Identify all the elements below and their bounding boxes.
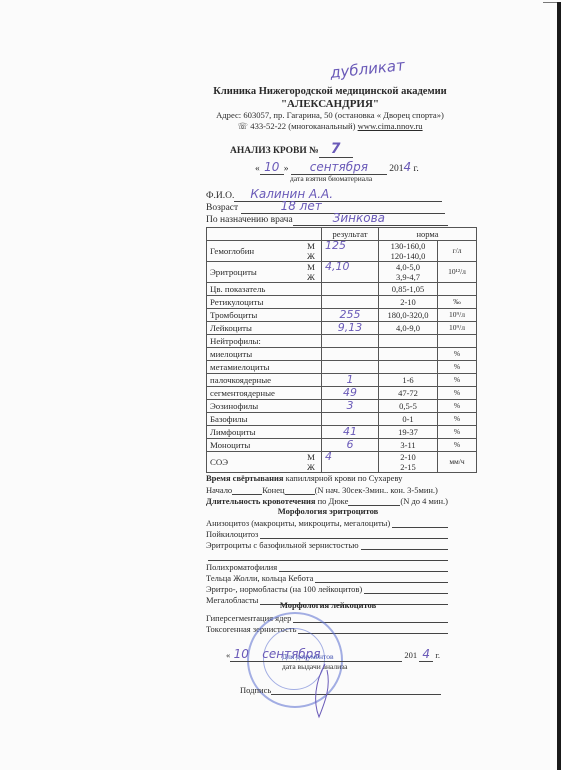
norm-f: 2-15 xyxy=(382,462,434,472)
sex-m: М xyxy=(304,452,318,462)
norm-m: 4,0-5,0 xyxy=(382,262,434,272)
row-norm xyxy=(379,348,438,361)
row-unit: 10¹²/л xyxy=(438,262,477,283)
row-norm: 0-1 xyxy=(379,413,438,426)
row-result xyxy=(322,413,379,426)
morphology-label: Эритро-, нормобласты (на 100 лейкоцитов) xyxy=(206,584,362,594)
row-norm: 47-72 xyxy=(379,387,438,400)
sample-date: «10» сентября 2014 г. xyxy=(255,160,419,175)
row-result: 3 xyxy=(322,400,379,413)
row-result: 4,10 xyxy=(322,262,379,283)
table-row: ГемоглобинМЖ125130-160,0120-140,0г/л xyxy=(207,241,477,262)
row-result: 41 xyxy=(322,426,379,439)
morphology-label: Полихроматофилия xyxy=(206,562,277,572)
table-row: сегментоядерные4947-72% xyxy=(207,387,477,400)
row-unit: % xyxy=(438,387,477,400)
doctor-value: Зинкова xyxy=(333,211,385,225)
row-unit: % xyxy=(438,374,477,387)
patient-doctor: По назначению врачаЗинкова xyxy=(206,211,448,226)
morphology-label: Анизоцитоз (макроциты, микроциты, мегало… xyxy=(206,518,390,528)
row-unit: мм/ч xyxy=(438,452,477,473)
morphology-field xyxy=(279,562,448,572)
row-name: Нейтрофилы: xyxy=(207,335,322,348)
morphology-field xyxy=(208,551,448,561)
row-unit xyxy=(438,283,477,296)
table-row: Лейкоциты9,134,0-9,010⁹/л xyxy=(207,322,477,335)
issue-day: 10 xyxy=(230,647,252,662)
table-row: миелоциты% xyxy=(207,348,477,361)
row-name: Эритроциты xyxy=(207,262,302,283)
morphology-item xyxy=(206,550,448,561)
row-unit: 10⁹/л xyxy=(438,322,477,335)
row-norm: 180,0-320,0 xyxy=(379,309,438,322)
table-row: Ретикулоциты2-10‰ xyxy=(207,296,477,309)
norm-m: 130-160,0 xyxy=(382,241,434,251)
row-result: 255 xyxy=(322,309,379,322)
row-name: Лейкоциты xyxy=(207,322,322,335)
row-unit: 10⁹/л xyxy=(438,309,477,322)
erythrocyte-morphology-list: Анизоцитоз (макроциты, микроциты, мегало… xyxy=(206,517,448,605)
norm-f: 120-140,0 xyxy=(382,251,434,261)
row-result xyxy=(322,283,379,296)
row-norm: 3-11 xyxy=(379,439,438,452)
row-result: 9,13 xyxy=(322,322,379,335)
issue-year-field: 4 xyxy=(419,647,433,662)
row-name: Гемоглобин xyxy=(207,241,302,262)
header-blank xyxy=(207,228,322,241)
duplicate-signature: дубликат xyxy=(329,56,405,82)
signature-label: Подпись xyxy=(240,685,271,695)
row-result xyxy=(322,296,379,309)
sample-year-suffix: 4 xyxy=(404,160,412,174)
row-unit: % xyxy=(438,361,477,374)
row-norm: 2-102-15 xyxy=(379,452,438,473)
clinic-contacts: ☏ 433-52-22 (многоканальный) www.cima.nn… xyxy=(195,121,465,132)
sex-f: Ж xyxy=(304,462,318,472)
coagulation-title-rest: капиллярной крови по Сухареву xyxy=(286,473,403,483)
row-norm: 0,85-1,05 xyxy=(379,283,438,296)
row-norm: 130-160,0120-140,0 xyxy=(379,241,438,262)
morphology-field xyxy=(361,540,448,550)
erythrocyte-morphology-title: Морфология эритроцитов xyxy=(206,506,450,516)
row-unit xyxy=(438,335,477,348)
sex-labels: МЖ xyxy=(301,452,322,473)
clinic-brand: "АЛЕКСАНДРИЯ" xyxy=(200,98,460,110)
row-result xyxy=(322,348,379,361)
morphology-label: Пойкилоцитоз xyxy=(206,529,258,539)
table-row: Нейтрофилы: xyxy=(207,335,477,348)
end-label: Конец xyxy=(262,485,284,495)
morphology-field xyxy=(260,529,448,539)
row-result xyxy=(322,361,379,374)
sex-m: М xyxy=(304,262,318,272)
row-name: метамиелоциты xyxy=(207,361,322,374)
clinic-address: Адрес: 603057, пр. Гагарина, 50 (останов… xyxy=(195,110,465,120)
row-name: Эозинофилы xyxy=(207,400,322,413)
row-name: Тромбоциты xyxy=(207,309,322,322)
row-name: СОЭ xyxy=(207,452,302,473)
doctor-field: Зинкова xyxy=(293,211,448,226)
row-name: Лимфоциты xyxy=(207,426,322,439)
sex-m: М xyxy=(304,241,318,251)
morphology-item: Эритро-, нормобласты (на 100 лейкоцитов) xyxy=(206,583,448,594)
row-name: Ретикулоциты xyxy=(207,296,322,309)
sample-month-value: сентября xyxy=(310,160,368,174)
row-unit: ‰ xyxy=(438,296,477,309)
bleeding-field xyxy=(348,495,400,506)
row-norm xyxy=(379,361,438,374)
start-label: Начало xyxy=(206,485,232,495)
bleeding-label: Длительность кровотечения xyxy=(206,496,315,506)
sample-day-value: 10 xyxy=(264,160,279,174)
bleeding-duration: Длительность кровотечения по Дюке(N до 4… xyxy=(206,495,448,506)
morphology-item: Полихроматофилия xyxy=(206,561,448,572)
stamp-text: Для документов xyxy=(282,652,334,661)
morphology-field xyxy=(315,573,448,583)
issue-year-end: г. xyxy=(435,650,440,660)
morphology-item: Пойкилоцитоз xyxy=(206,528,448,539)
row-norm: 4,0-5,03,9-4,7 xyxy=(379,262,438,283)
row-name: Базофилы xyxy=(207,413,322,426)
row-norm: 4,0-9,0 xyxy=(379,322,438,335)
table-row: СОЭМЖ42-102-15мм/ч xyxy=(207,452,477,473)
doctor-label: По назначению врача xyxy=(206,215,293,225)
coagulation-title-bold: Время свёртывания xyxy=(206,473,283,483)
page-title: АНАЛИЗ КРОВИ №7 xyxy=(230,141,353,158)
table-row: Цв. показатель0,85-1,05 xyxy=(207,283,477,296)
bleeding-method: по Дюке xyxy=(318,496,349,506)
results-table: результатнормаГемоглобинМЖ125130-160,012… xyxy=(206,227,477,473)
coagulation-times: НачалоКонец(N нач. 30сек-3мин.. кон. 3-5… xyxy=(206,484,438,495)
norm-f: 3,9-4,7 xyxy=(382,272,434,282)
phone: ☏ 433-52-22 (многоканальный) xyxy=(237,121,355,131)
sex-f: Ж xyxy=(304,251,318,261)
row-unit: г/л xyxy=(438,241,477,262)
table-row: метамиелоциты% xyxy=(207,361,477,374)
table-row: Лимфоциты4119-37% xyxy=(207,426,477,439)
row-name: палочкоядерные xyxy=(207,374,322,387)
morphology-field xyxy=(364,584,448,594)
analysis-number: 7 xyxy=(319,141,353,158)
row-result: 125 xyxy=(322,241,379,262)
sex-labels: МЖ xyxy=(301,262,322,283)
row-unit: % xyxy=(438,400,477,413)
table-row: ЭритроцитыМЖ4,104,0-5,03,9-4,710¹²/л xyxy=(207,262,477,283)
table-row: Эозинофилы30,5-5% xyxy=(207,400,477,413)
row-name: сегментоядерные xyxy=(207,387,322,400)
row-name: Цв. показатель xyxy=(207,283,322,296)
coagulation-norm: (N нач. 30сек-3мин.. кон. 3-5мин.) xyxy=(315,485,438,495)
row-name: Моноциты xyxy=(207,439,322,452)
row-result: 49 xyxy=(322,387,379,400)
morphology-item: Анизоцитоз (макроциты, микроциты, мегало… xyxy=(206,517,448,528)
title-label: АНАЛИЗ КРОВИ № xyxy=(230,146,319,156)
table-row: Моноциты63-11% xyxy=(207,439,477,452)
row-result: 1 xyxy=(322,374,379,387)
leukocyte-morphology-title: Морфология лейкоцитов xyxy=(206,600,450,610)
row-unit: % xyxy=(438,413,477,426)
end-field xyxy=(285,484,315,495)
page-edge-top xyxy=(543,2,557,3)
sample-year-prefix: 201 xyxy=(389,164,403,174)
start-field xyxy=(232,484,262,495)
issue-day-value: 10 xyxy=(234,647,249,661)
page-edge xyxy=(557,2,561,770)
row-unit: % xyxy=(438,426,477,439)
issue-year-prefix: 201 xyxy=(404,650,417,660)
row-result xyxy=(322,335,379,348)
bleeding-norm: (N до 4 мин.) xyxy=(400,496,448,506)
signature-scribble-icon xyxy=(305,662,345,722)
coagulation-title: Время свёртывания капиллярной крови по С… xyxy=(206,473,402,483)
sample-day: 10 xyxy=(260,160,284,175)
row-norm: 0,5-5 xyxy=(379,400,438,413)
header-norm: норма xyxy=(379,228,477,241)
sample-year-end: г. xyxy=(414,164,419,174)
row-unit: % xyxy=(438,439,477,452)
analysis-number-value: 7 xyxy=(331,141,341,157)
row-norm: 2-10 xyxy=(379,296,438,309)
morphology-label: Тельца Жолли, кольца Кебота xyxy=(206,573,313,583)
sample-date-caption: дата взятия биоматериала xyxy=(290,174,372,183)
morphology-item: Эритроциты с базофильной зернистостью xyxy=(206,539,448,550)
morphology-item: Тельца Жолли, кольца Кебота xyxy=(206,572,448,583)
row-norm xyxy=(379,335,438,348)
sex-labels: МЖ xyxy=(301,241,322,262)
morphology-field xyxy=(392,518,448,528)
row-norm: 19-37 xyxy=(379,426,438,439)
morphology-label: Эритроциты с базофильной зернистостью xyxy=(206,540,359,550)
table-row: Тромбоциты255180,0-320,010⁹/л xyxy=(207,309,477,322)
issue-year-suffix: 4 xyxy=(422,647,430,661)
signature-field xyxy=(271,684,441,695)
morphology-item: Гиперсегментация ядер xyxy=(206,612,448,623)
row-name: миелоциты xyxy=(207,348,322,361)
website-link[interactable]: www.cima.nnov.ru xyxy=(358,121,423,131)
sex-f: Ж xyxy=(304,272,318,282)
row-unit: % xyxy=(438,348,477,361)
table-row: Базофилы0-1% xyxy=(207,413,477,426)
row-norm: 1-6 xyxy=(379,374,438,387)
clinic-name: Клиника Нижегородской медицинской академ… xyxy=(200,86,460,97)
row-result: 4 xyxy=(322,452,379,473)
norm-m: 2-10 xyxy=(382,452,434,462)
sample-month: сентября xyxy=(291,160,387,175)
table-row: палочкоядерные11-6% xyxy=(207,374,477,387)
